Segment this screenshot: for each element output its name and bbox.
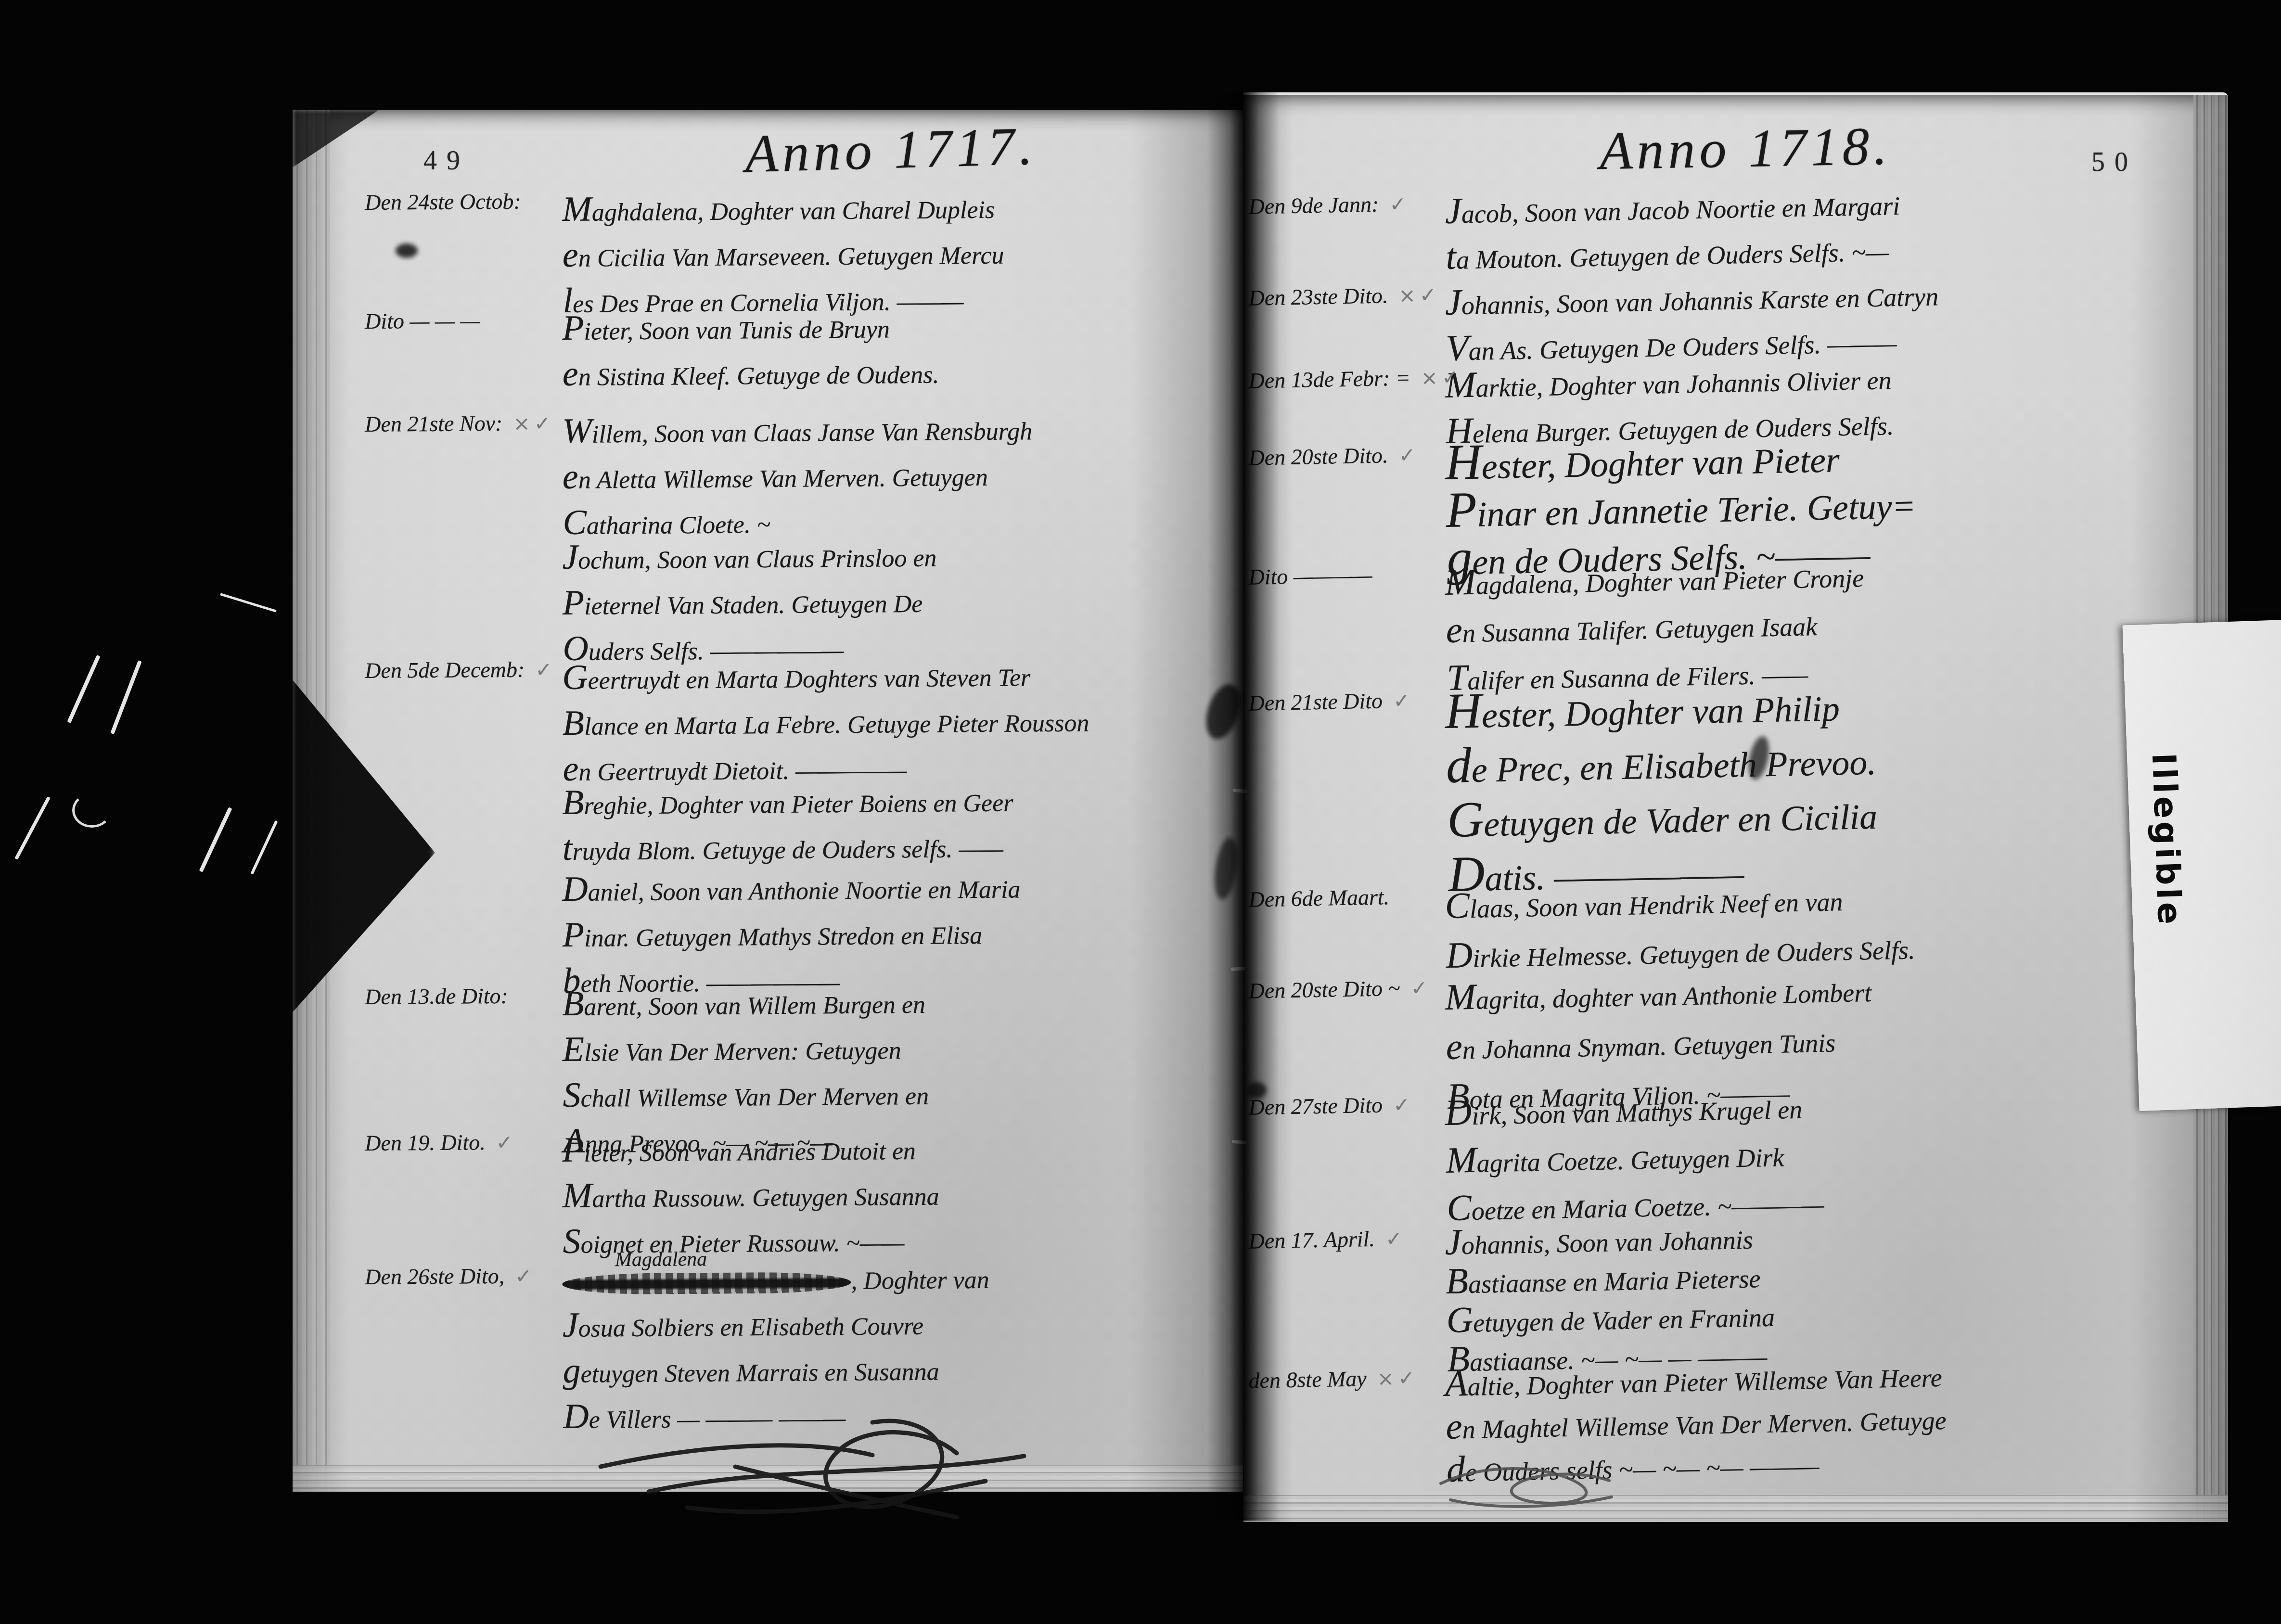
entry-lines: Daniel, Soon van Anthonie Noortie en Mar…: [562, 863, 1244, 1005]
entry-line: truyda Blom. Getuyge de Ouders selfs. ——: [563, 822, 1244, 873]
entry-line: Breghie, Doghter van Pieter Boiens en Ge…: [562, 777, 1243, 827]
baptism-entry: Den 24ste Octob:Maghdalena, Doghter van …: [293, 183, 1244, 327]
binding-gutter: [1207, 91, 1279, 1521]
entry-lines: Magrita, doghter van Anthonie Lomberten …: [1445, 959, 2231, 1123]
margin-date: Den 24ste Octob:: [365, 191, 521, 214]
entry-line: Barent, Soon van Willem Burgen en: [562, 978, 1243, 1028]
pencil-checkmark: ✓: [1393, 689, 1414, 713]
entry-line: en Aletta Willemse Van Merven. Getuygen: [563, 451, 1244, 501]
margin-date: Den 5de Decemb:✓: [365, 658, 556, 682]
entry-line: Soignet en Pieter Russouw. ~——: [563, 1215, 1244, 1266]
illegible-label: Illegible: [2144, 752, 2189, 928]
year-header-left: Anno 1717.: [744, 119, 1038, 181]
entry-line: Talifer en Susanna de Filers. ——: [1447, 641, 2231, 703]
baptism-entry: Breghie, Doghter van Pieter Boiens en Ge…: [293, 777, 1243, 875]
entry-line: Claas, Soon van Hendrik Neef en van: [1445, 868, 2229, 933]
entry-line: Magdalena, Doghter van: [562, 1258, 1243, 1304]
entry-lines: Johannis, Soon van Johannis Karste en Ca…: [1445, 267, 2230, 373]
entry-lines: Geertruydt en Marta Doghters van Steven …: [562, 652, 1244, 793]
baptism-entry: Den 27ste Dito✓Dirk, Soon van Mathys Kru…: [1243, 1076, 2230, 1238]
pencil-checkmark: ×✓: [1421, 365, 1462, 390]
margin-date: Den 13.de Dito:: [365, 985, 508, 1008]
entry-line: Jochum, Soon van Claus Prinsloo en: [562, 531, 1243, 582]
entry-line: Hester, Doghter van Philip: [1445, 672, 2229, 741]
entry-line: Johannis, Soon van Johannis Karste en Ca…: [1445, 267, 2229, 327]
entry-line: Helena Burger. Getuygen de Ouders Selfs.: [1446, 395, 2230, 456]
entry-lines: Johannis, Soon van JohannisBastiaanse en…: [1445, 1210, 2231, 1381]
entry-line: en Maghtel Willemse Van Der Merven. Getu…: [1446, 1392, 2230, 1450]
entry-line: Johannis, Soon van Johannis: [1445, 1210, 2229, 1264]
baptism-entry: Daniel, Soon van Anthonie Noortie en Mar…: [293, 863, 1244, 1007]
entry-line: Jacob, Soon van Jacob Noortie en Margari: [1445, 175, 2229, 236]
entry-line: Pinar en Jannetie Terie. Getuy=: [1446, 474, 2230, 537]
entry-line: Martha Russouw. Getuygen Susanna: [563, 1170, 1244, 1220]
entry-line: Bastiaanse. ~— ~— — ———: [1447, 1327, 2231, 1381]
entry-line: Catharina Cloete. ~: [563, 497, 1244, 547]
baptism-entry: Jochum, Soon van Claus Prinsloo enPieter…: [293, 531, 1244, 675]
entry-line: Magrita, doghter van Anthonie Lombert: [1445, 959, 2229, 1024]
entry-lines: Dirk, Soon van Mathys Krugel enMagrita C…: [1445, 1076, 2230, 1234]
entry-line: Getuygen de Vader en Cicilia: [1447, 780, 2231, 850]
baptism-entry: Den 17. April.✓Johannis, Soon van Johann…: [1243, 1210, 2231, 1384]
entry-lines: Maghdalena, Doghter van Charel Dupleisen…: [562, 183, 1244, 325]
entry-lines: Willem, Soon van Claas Janse Van Rensbur…: [562, 405, 1244, 547]
entry-line: gen de Ouders Selfs. ~———: [1447, 522, 2231, 584]
margin-date: Dito — — —: [365, 309, 480, 332]
pencil-checkmark: ✓: [1398, 443, 1420, 467]
margin-date: Den 26ste Dito,✓: [365, 1265, 536, 1288]
entry-line: Bastiaanse en Maria Pieterse: [1445, 1249, 2229, 1303]
entry-line: Aaltie, Doghter van Pieter Willemse Van …: [1445, 1349, 2229, 1407]
entry-line-text: , Doghter van: [851, 1266, 989, 1295]
entry-line: Geertruydt en Marta Doghters van Steven …: [562, 652, 1243, 702]
struck-out-name: [562, 1272, 851, 1295]
film-scratch: [251, 820, 278, 874]
entry-line: Pieter, Soon van Tunis de Bruyn: [562, 302, 1243, 353]
entry-lines: Breghie, Doghter van Pieter Boiens en Ge…: [562, 777, 1243, 873]
entry-lines: Hester, Doghter van PieterPinar en Janne…: [1445, 426, 2230, 584]
entry-line: Ouders Selfs. ——————: [563, 623, 1244, 673]
baptism-entry: Den 21ste Nov:×✓Willem, Soon van Claas J…: [293, 405, 1244, 549]
microfilm-scan: 49 Anno 1717. Den 24ste Octob:Maghdalena…: [0, 0, 2281, 1624]
entry-line: en Johanna Snyman. Getuygen Tunis: [1446, 1009, 2230, 1074]
pencil-checkmark: ×✓: [1398, 283, 1440, 307]
ink-flourish: [591, 1409, 1048, 1529]
baptism-entry: Den 23ste Dito.×✓Johannis, Soon van Joha…: [1243, 267, 2230, 377]
film-shadow-wedge: [291, 678, 435, 1014]
pencil-checkmark: ✓: [515, 1264, 536, 1288]
baptism-entry: Den 21ste Dito✓Hester, Doghter van Phili…: [1243, 672, 2232, 908]
entry-line: Coetze en Maria Coetze. ~————: [1447, 1171, 2231, 1234]
entry-line: de Prec, en Elisabeth Prevoo.: [1446, 726, 2230, 795]
margin-date: Den 13de Febr: =×✓: [1248, 366, 1463, 392]
entry-line: ta Mouton. Getuygen de Ouders Selfs. ~—: [1446, 221, 2230, 281]
entry-lines: Pieter, Soon van Tunis de Bruynen Sistin…: [562, 302, 1243, 398]
pencil-checkmark: ✓: [496, 1131, 517, 1154]
margin-date: Den 19. Dito.✓: [365, 1131, 517, 1154]
baptism-entry: Den 13de Febr: =×✓Marktie, Doghter van J…: [1243, 349, 2230, 460]
entry-line: Dirk, Soon van Mathys Krugel en: [1445, 1076, 2229, 1138]
entry-line: en Sistina Kleef. Getuyge de Oudens.: [563, 348, 1244, 398]
film-scratch: [220, 593, 277, 612]
entry-lines: Hester, Doghter van Philipde Prec, en El…: [1445, 672, 2232, 904]
pencil-checkmark: ✓: [1393, 1093, 1414, 1117]
entry-line: Pieter, Soon van Andries Dutoit en: [562, 1124, 1243, 1175]
pencil-checkmark: ✓: [1410, 976, 1432, 1000]
pencil-checkmark: ×✓: [1377, 1366, 1419, 1391]
left-page: 49 Anno 1717. Den 24ste Octob:Maghdalena…: [293, 110, 1243, 1492]
baptism-entry: Den 9de Jann:✓Jacob, Soon van Jacob Noor…: [1243, 175, 2230, 285]
illegible-label-card: Illegible: [2123, 618, 2281, 1111]
baptism-entry: Den 5de Decemb:✓Geertruydt en Marta Dogh…: [293, 652, 1244, 795]
entry-line: en Cicilia Van Marseveen. Getuygen Mercu: [563, 229, 1244, 280]
entry-line: Dirkie Helmesse. Getuygen de Ouders Self…: [1446, 918, 2230, 982]
pencil-checkmark: ✓: [1389, 192, 1410, 216]
ink-stain: [396, 243, 418, 258]
page-bottom-edge: [1243, 1495, 2228, 1522]
inserted-name: Magdalena: [615, 1239, 707, 1280]
entry-line: Schall Willemse Van Der Merven en: [563, 1069, 1244, 1120]
entry-lines: Marktie, Doghter van Johannis Olivier en…: [1445, 349, 2230, 456]
baptism-entry: den 8ste May×✓Aaltie, Doghter van Pieter…: [1243, 1349, 2230, 1496]
film-scratch: [67, 655, 100, 723]
entry-line: Magdalena, Doghter van Pieter Cronje: [1445, 546, 2229, 608]
film-scratch: [14, 796, 51, 860]
entry-line: Getuygen de Vader en Franina: [1446, 1288, 2230, 1342]
entry-lines: Barent, Soon van Willem Burgen enElsie V…: [562, 978, 1244, 1165]
film-scratch-arc: [72, 793, 112, 828]
entry-line: Josua Solbiers en Elisabeth Couvre: [563, 1299, 1244, 1350]
entry-line: Daniel, Soon van Anthonie Noortie en Mar…: [562, 863, 1243, 914]
year-header-right: Anno 1718.: [1599, 119, 1892, 179]
baptism-entry: Den 13.de Dito:Barent, Soon van Willem B…: [293, 978, 1244, 1167]
entry-line: Bota en Magrita Viljon. ~———: [1447, 1059, 2231, 1123]
entry-lines: Jochum, Soon van Claus Prinsloo enPieter…: [562, 531, 1244, 673]
film-scratch: [199, 807, 232, 872]
entry-lines: Claas, Soon van Hendrik Neef en vanDirki…: [1445, 868, 2230, 982]
entry-line: en Geertruydt Dietoit. —————: [563, 743, 1244, 793]
film-scratch: [110, 660, 142, 734]
entry-line: Anna Prevoo. ~— ~— ~—: [563, 1115, 1244, 1165]
entry-line: Maghdalena, Doghter van Charel Dupleis: [562, 183, 1243, 234]
entry-line: Datis. ——————: [1448, 835, 2232, 904]
entry-line: beth Noortie. ——————: [563, 955, 1244, 1005]
ink-stain: [1745, 734, 1772, 781]
entry-line: Pieternel Van Staden. Getuygen De: [563, 577, 1244, 627]
page-stack-edge: [293, 110, 330, 1492]
baptism-entry: Den 6de Maart.Claas, Soon van Hendrik Ne…: [1243, 868, 2230, 986]
entry-lines: Magdalena, Doghter van Pieter Cronjeen S…: [1445, 546, 2230, 703]
entry-line: Hester, Doghter van Pieter: [1445, 426, 2229, 489]
entry-line: Willem, Soon van Claas Janse Van Rensbur…: [562, 405, 1243, 456]
entry-line: Van As. Getuygen De Ouders Selfs. ———: [1446, 312, 2230, 373]
baptism-entry: Den 19. Dito.✓Pieter, Soon van Andries D…: [293, 1124, 1244, 1268]
pencil-checkmark: ✓: [535, 658, 556, 681]
page-number-right: 50: [2091, 147, 2138, 178]
entry-line: les Des Prae en Cornelia Viljon. ———: [563, 275, 1244, 325]
baptism-entry: Dito ————Magdalena, Doghter van Pieter C…: [1243, 546, 2230, 707]
baptism-entry: Den 20ste Dito ~✓Magrita, doghter van An…: [1243, 959, 2231, 1127]
corner-shadow: [293, 110, 379, 167]
pencil-flourish: [1436, 1454, 1619, 1521]
pencil-checkmark: ×✓: [513, 411, 555, 435]
entry-line: Marktie, Doghter van Johannis Olivier en: [1445, 349, 2229, 410]
entry-line: Magrita Coetze. Getuygen Dirk: [1446, 1124, 2230, 1186]
entry-lines: Pieter, Soon van Andries Dutoit enMartha…: [562, 1124, 1244, 1266]
entry-line: Pinar. Getuygen Mathys Stredon en Elisa: [563, 909, 1244, 959]
entry-line: Blance en Marta La Febre. Getuyge Pieter…: [563, 697, 1244, 748]
margin-date: Den 21ste Nov:×✓: [365, 412, 555, 435]
entry-lines: Jacob, Soon van Jacob Noortie en Margari…: [1445, 175, 2230, 281]
baptism-entry: Den 20ste Dito.✓Hester, Doghter van Piet…: [1243, 426, 2230, 588]
pencil-checkmark: ✓: [1385, 1227, 1406, 1251]
page-number-left: 49: [423, 145, 470, 176]
right-page: 50 Anno 1718. Den 9de Jann:✓Jacob, Soon …: [1243, 92, 2228, 1522]
baptism-entry: Dito — — —Pieter, Soon van Tunis de Bruy…: [293, 302, 1243, 400]
entry-line: getuygen Steven Marrais en Susanna: [563, 1345, 1244, 1395]
entry-line: en Susanna Talifer. Getuygen Isaak: [1446, 593, 2230, 656]
entry-line: Elsie Van Der Merven: Getuygen: [563, 1023, 1244, 1074]
